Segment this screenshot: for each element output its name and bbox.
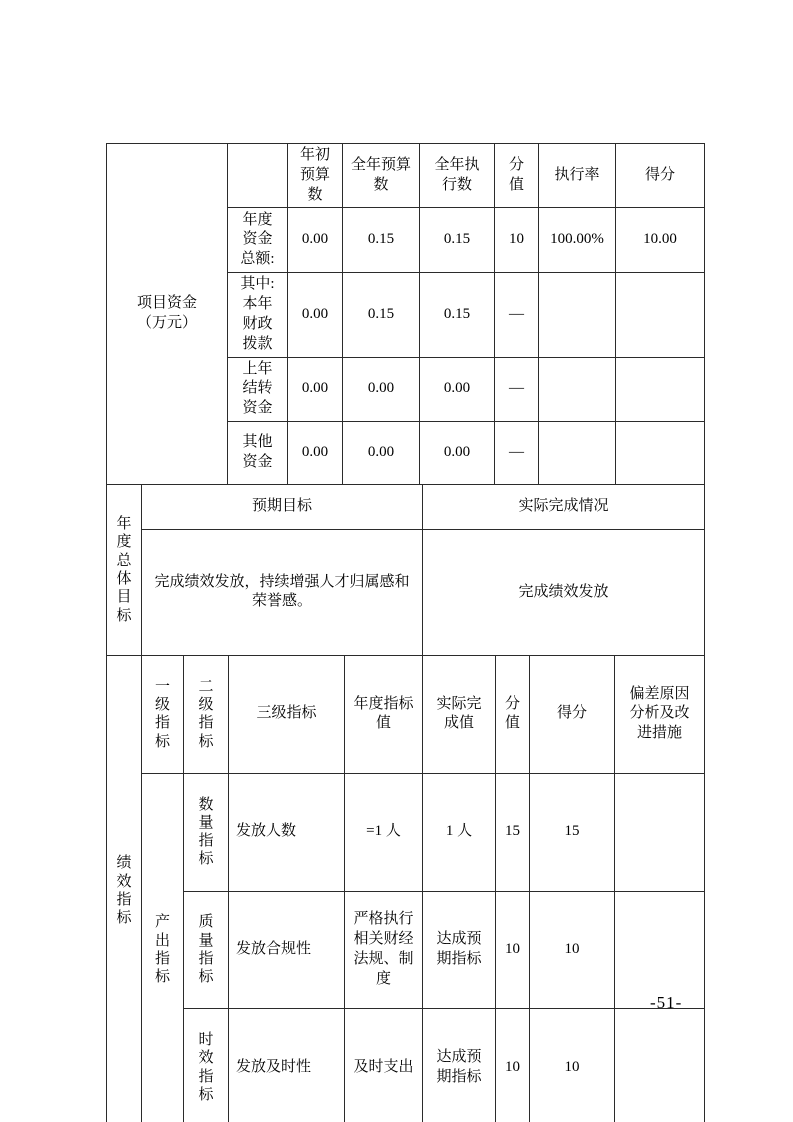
- page-number: -51-: [650, 993, 682, 1013]
- cell-annual-budget: 0.00: [343, 421, 420, 484]
- header-score: 得分: [616, 144, 705, 208]
- cell-weight: 10: [495, 208, 539, 273]
- cell-weight: —: [495, 273, 539, 357]
- header-weight: 分 值: [496, 655, 530, 773]
- cell-weight: —: [495, 421, 539, 484]
- cell-actual-value: 达成预 期指标: [423, 1009, 496, 1122]
- cell-annual-execution: 0.00: [420, 421, 495, 484]
- cell-weight: 10: [496, 1009, 530, 1122]
- row-label: 其中: 本年 财政 拨款: [228, 273, 288, 357]
- cell-score: [616, 357, 705, 421]
- cell-annual-budget: 0.15: [343, 273, 420, 357]
- cell-level3: 发放合规性: [229, 891, 345, 1009]
- cell-initial-budget: 0.00: [288, 357, 343, 421]
- cell-score: 10: [530, 891, 615, 1009]
- header-level2-text: 二级指标: [199, 678, 214, 751]
- cell-weight: —: [495, 357, 539, 421]
- cell-deviation: [615, 773, 705, 891]
- row-label: 年度 资金 总额:: [228, 208, 288, 273]
- header-level1-text: 一级指标: [155, 678, 170, 751]
- performance-indicators-table: 绩效指标 一级指标 二级指标 三级指标 年度指标 值 实际完 成值 分 值 得分…: [106, 655, 705, 1122]
- cell-level1-group-text: 产出指标: [155, 913, 170, 986]
- header-score: 得分: [530, 655, 615, 773]
- header-actual-completion: 实际完成情况: [423, 484, 705, 529]
- goals-section-label-text: 年度总体目标: [117, 515, 132, 625]
- cell-weight: 10: [496, 891, 530, 1009]
- cell-level2: 质量指标: [184, 891, 229, 1009]
- cell-deviation: [615, 1009, 705, 1122]
- cell-annual-budget: 0.15: [343, 208, 420, 273]
- row-label: 上年 结转 资金: [228, 357, 288, 421]
- header-initial-budget: 年初 预算 数: [288, 144, 343, 208]
- indicators-section-label: 绩效指标: [107, 655, 142, 1122]
- cell-annual-execution: 0.15: [420, 208, 495, 273]
- header-expected-goal: 预期目标: [142, 484, 423, 529]
- project-funds-table: 项目资金 （万元） 年初 预算 数 全年预算 数 全年执 行数 分 值 执行率 …: [106, 143, 705, 485]
- cell-level2-text: 数量指标: [199, 796, 214, 869]
- cell-annual-execution: 0.00: [420, 357, 495, 421]
- cell-execution-rate: 100.00%: [539, 208, 616, 273]
- cell-level2-text: 质量指标: [199, 913, 214, 986]
- cell-execution-rate: [539, 273, 616, 357]
- cell-actual-value: 达成预 期指标: [423, 891, 496, 1009]
- cell-level2: 时效指标: [184, 1009, 229, 1122]
- header-execution-rate: 执行率: [539, 144, 616, 208]
- cell-score: [616, 421, 705, 484]
- cell-initial-budget: 0.00: [288, 273, 343, 357]
- document-page: 项目资金 （万元） 年初 预算 数 全年预算 数 全年执 行数 分 值 执行率 …: [0, 0, 793, 1122]
- header-deviation: 偏差原因 分析及改 进措施: [615, 655, 705, 773]
- indicators-section-label-text: 绩效指标: [117, 854, 132, 927]
- cell-annual-target: 严格执行 相关财经 法规、制 度: [345, 891, 423, 1009]
- cell-execution-rate: [539, 421, 616, 484]
- goals-content-row: 完成绩效发放，持续增强人才归属感和 荣誉感。 完成绩效发放: [107, 529, 705, 655]
- annual-goals-table: 年度总体目标 预期目标 实际完成情况 完成绩效发放，持续增强人才归属感和 荣誉感…: [106, 484, 705, 656]
- header-annual-target: 年度指标 值: [345, 655, 423, 773]
- funds-section-label: 项目资金 （万元）: [107, 144, 228, 485]
- indicator-row-quality: 质量指标 发放合规性 严格执行 相关财经 法规、制 度 达成预 期指标 10 1…: [107, 891, 705, 1009]
- cell-level2-text: 时效指标: [199, 1031, 214, 1104]
- row-label: 其他 资金: [228, 421, 288, 484]
- header-annual-budget: 全年预算 数: [343, 144, 420, 208]
- evaluation-tables: 项目资金 （万元） 年初 预算 数 全年预算 数 全年执 行数 分 值 执行率 …: [106, 143, 704, 1122]
- cell-actual-completion: 完成绩效发放: [423, 529, 705, 655]
- cell-execution-rate: [539, 357, 616, 421]
- cell-annual-target: 及时支出: [345, 1009, 423, 1122]
- cell-score: [616, 273, 705, 357]
- header-level1: 一级指标: [142, 655, 184, 773]
- cell-initial-budget: 0.00: [288, 421, 343, 484]
- cell-level3: 发放及时性: [229, 1009, 345, 1122]
- cell-level2: 数量指标: [184, 773, 229, 891]
- cell-actual-value: 1 人: [423, 773, 496, 891]
- cell-annual-budget: 0.00: [343, 357, 420, 421]
- indicator-row-timeliness: 时效指标 发放及时性 及时支出 达成预 期指标 10 10: [107, 1009, 705, 1122]
- cell-initial-budget: 0.00: [288, 208, 343, 273]
- indicator-row-quantity: 产出指标 数量指标 发放人数 =1 人 1 人 15 15: [107, 773, 705, 891]
- cell-annual-execution: 0.15: [420, 273, 495, 357]
- funds-header-row: 项目资金 （万元） 年初 预算 数 全年预算 数 全年执 行数 分 值 执行率 …: [107, 144, 705, 208]
- goals-header-row: 年度总体目标 预期目标 实际完成情况: [107, 484, 705, 529]
- cell-score: 10: [530, 1009, 615, 1122]
- header-actual-value: 实际完 成值: [423, 655, 496, 773]
- funds-corner-blank-cell: [228, 144, 288, 208]
- header-annual-execution: 全年执 行数: [420, 144, 495, 208]
- indicators-header-row: 绩效指标 一级指标 二级指标 三级指标 年度指标 值 实际完 成值 分 值 得分…: [107, 655, 705, 773]
- cell-weight: 15: [496, 773, 530, 891]
- header-weight: 分 值: [495, 144, 539, 208]
- cell-expected-goal: 完成绩效发放，持续增强人才归属感和 荣誉感。: [142, 529, 423, 655]
- cell-score: 15: [530, 773, 615, 891]
- cell-level3: 发放人数: [229, 773, 345, 891]
- cell-annual-target: =1 人: [345, 773, 423, 891]
- header-level2: 二级指标: [184, 655, 229, 773]
- cell-score: 10.00: [616, 208, 705, 273]
- goals-section-label: 年度总体目标: [107, 484, 142, 655]
- header-level3: 三级指标: [229, 655, 345, 773]
- cell-level1-group: 产出指标: [142, 773, 184, 1122]
- cell-deviation: [615, 891, 705, 1009]
